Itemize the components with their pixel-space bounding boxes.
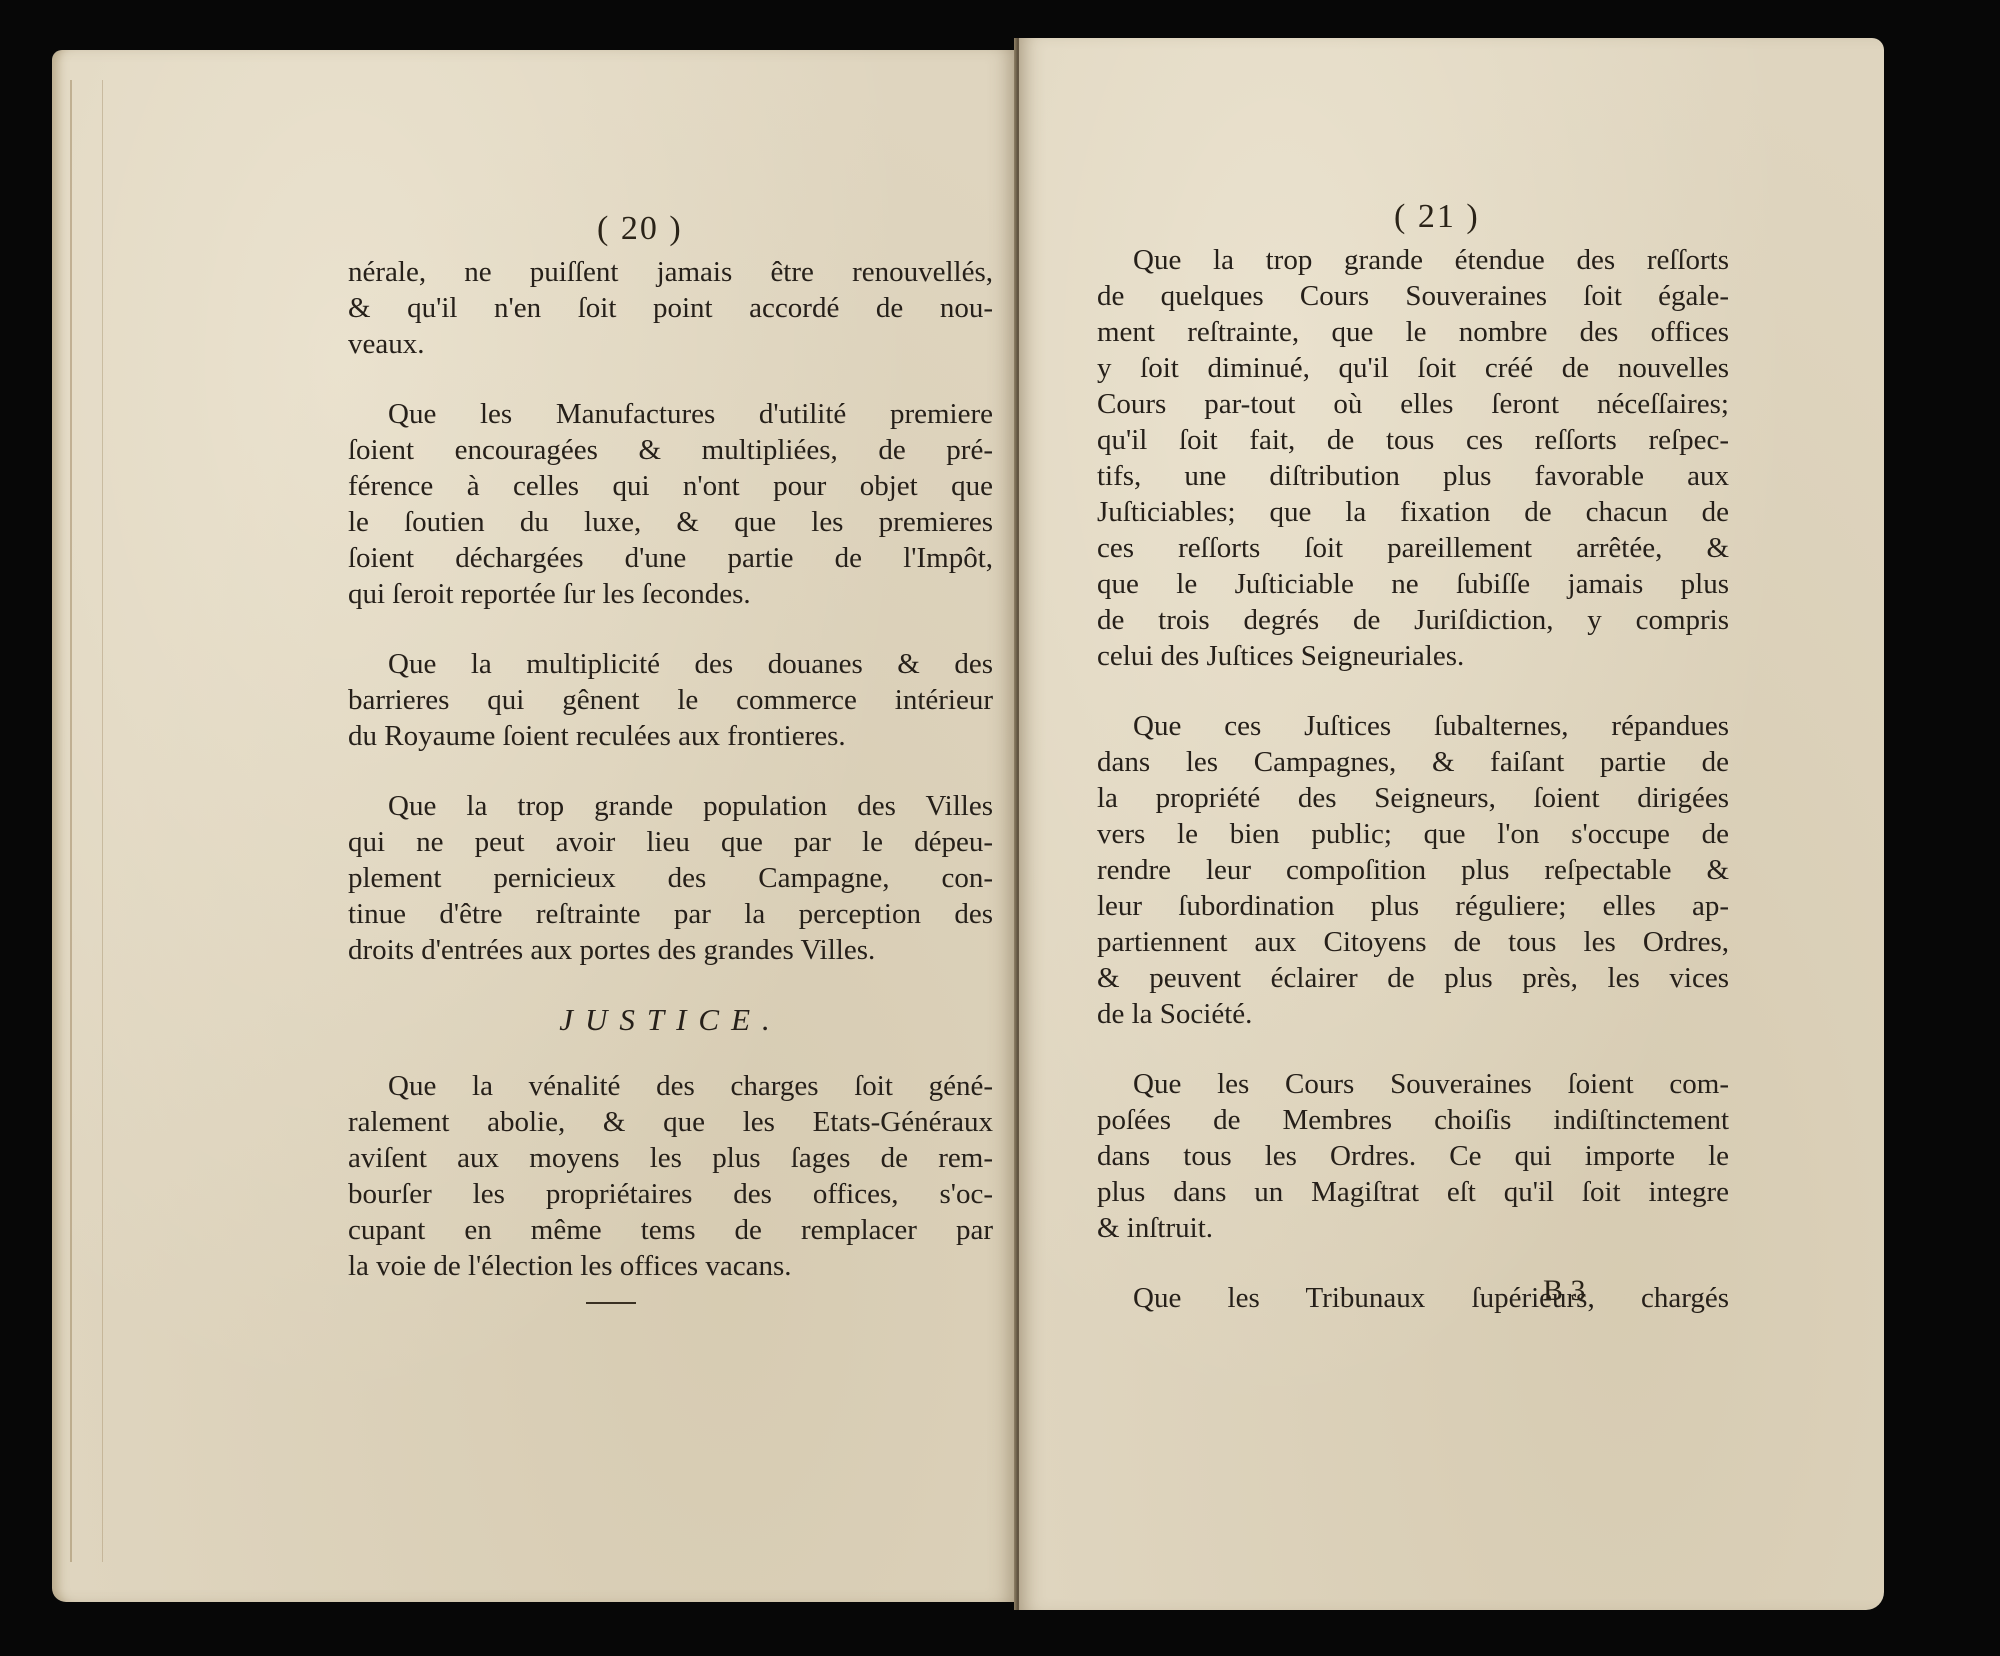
text-line: de quelques Cours Souveraines ſoit égale… bbox=[1097, 278, 1729, 314]
text-line: Cours par-tout où elles ſeront néceſſair… bbox=[1097, 386, 1729, 422]
text-line: ment reſtrainte, que le nombre des offic… bbox=[1097, 314, 1729, 350]
text-line: vers le bien public; que l'on s'occupe d… bbox=[1097, 816, 1729, 852]
text-line: qui ne peut avoir lieu que par le dépeu- bbox=[348, 824, 993, 860]
book-spread: ( 20 ) nérale, ne puiſſent jamais être r… bbox=[52, 38, 1884, 1610]
text-line: barrieres qui gênent le commerce intérie… bbox=[348, 682, 993, 718]
text-line: ces reſſorts ſoit pareillement arrêtée, … bbox=[1097, 530, 1729, 566]
page-number-left: ( 20 ) bbox=[597, 210, 683, 248]
paragraph: Que la multiplicité des douanes & des ba… bbox=[348, 646, 993, 754]
text-line: poſées de Membres choiſis indiſtinctemen… bbox=[1097, 1102, 1729, 1138]
text-line: leur ſubordination plus réguliere; elles… bbox=[1097, 888, 1729, 924]
text-line: férence à celles qui n'ont pour objet qu… bbox=[348, 468, 993, 504]
text-line: de trois degrés de Juriſdiction, y compr… bbox=[1097, 602, 1729, 638]
text-line: la propriété des Seigneurs, ſoient dirig… bbox=[1097, 780, 1729, 816]
text-line: ſoient encouragées & multipliées, de pré… bbox=[348, 432, 993, 468]
text-line: ſoient déchargées d'une partie de l'Impô… bbox=[348, 540, 993, 576]
text-line: Que les Tribunaux ſupérieurs, chargés bbox=[1097, 1280, 1729, 1316]
text-line: le ſoutien du luxe, & que les premieres bbox=[348, 504, 993, 540]
text-line: la voie de l'élection les offices vacans… bbox=[348, 1248, 993, 1284]
text-line: qui ſeroit reportée ſur les ſecondes. bbox=[348, 576, 993, 612]
left-page: ( 20 ) nérale, ne puiſſent jamais être r… bbox=[52, 50, 1017, 1602]
page-number-right: ( 21 ) bbox=[1394, 198, 1480, 236]
text-line: Que les Manufactures d'utilité premiere bbox=[348, 396, 993, 432]
right-page: ( 21 ) Que la trop grande étendue des re… bbox=[1019, 38, 1884, 1610]
paragraph: Que la vénalité des charges ſoit géné- r… bbox=[348, 1068, 993, 1284]
text-line: & inſtruit. bbox=[1097, 1210, 1729, 1246]
end-rule bbox=[586, 1302, 636, 1304]
text-line: plement pernicieux des Campagne, con- bbox=[348, 860, 993, 896]
text-line: nérale, ne puiſſent jamais être renouvel… bbox=[348, 254, 993, 290]
text-line: du Royaume ſoient reculées aux frontiere… bbox=[348, 718, 993, 754]
text-line: Que la trop grande étendue des reſſorts bbox=[1097, 242, 1729, 278]
text-line: y ſoit diminué, qu'il ſoit créé de nouve… bbox=[1097, 350, 1729, 386]
text-line: Que ces Juſtices ſubalternes, répandues bbox=[1097, 708, 1729, 744]
text-line: droits d'entrées aux portes des grandes … bbox=[348, 932, 993, 968]
paragraph: Que les Tribunaux ſupérieurs, chargés bbox=[1097, 1280, 1729, 1316]
text-line: rendre leur compoſition plus reſpectable… bbox=[1097, 852, 1729, 888]
signature-mark: B 3 bbox=[1543, 1274, 1586, 1308]
text-line: bourſer les propriétaires des offices, s… bbox=[348, 1176, 993, 1212]
paragraph: Que les Manufactures d'utilité premiere … bbox=[348, 396, 993, 612]
text-line: dans les Campagnes, & faiſant partie de bbox=[1097, 744, 1729, 780]
text-line: que le Juſticiable ne ſubiſſe jamais plu… bbox=[1097, 566, 1729, 602]
text-line: ralement abolie, & que les Etats-Générau… bbox=[348, 1104, 993, 1140]
text-line: Que la multiplicité des douanes & des bbox=[348, 646, 993, 682]
text-line: plus dans un Magiſtrat eſt qu'il ſoit in… bbox=[1097, 1174, 1729, 1210]
paragraph: Que les Cours Souveraines ſoient com- po… bbox=[1097, 1066, 1729, 1246]
text-line: cupant en même tems de remplacer par bbox=[348, 1212, 993, 1248]
paragraph: Que la trop grande population des Villes… bbox=[348, 788, 993, 968]
paragraph: Que la trop grande étendue des reſſorts … bbox=[1097, 242, 1729, 674]
text-line: aviſent aux moyens les plus ſages de rem… bbox=[348, 1140, 993, 1176]
right-page-text: Que la trop grande étendue des reſſorts … bbox=[1097, 242, 1729, 1316]
left-page-text: nérale, ne puiſſent jamais être renouvel… bbox=[348, 254, 993, 1318]
section-heading-justice: JUSTICE. bbox=[348, 1002, 993, 1038]
text-line: tinue d'être reſtrainte par la perceptio… bbox=[348, 896, 993, 932]
paragraph: Que ces Juſtices ſubalternes, répandues … bbox=[1097, 708, 1729, 1032]
text-line: Que la vénalité des charges ſoit géné- bbox=[348, 1068, 993, 1104]
text-line: celui des Juſtices Seigneuriales. bbox=[1097, 638, 1729, 674]
text-line: tifs, une diſtribution plus favorable au… bbox=[1097, 458, 1729, 494]
text-line: qu'il ſoit fait, de tous ces reſſorts re… bbox=[1097, 422, 1729, 458]
text-line: Que la trop grande population des Villes bbox=[348, 788, 993, 824]
text-line: Juſticiables; que la fixation de chacun … bbox=[1097, 494, 1729, 530]
text-line: & qu'il n'en ſoit point accordé de nou- bbox=[348, 290, 993, 326]
paragraph: nérale, ne puiſſent jamais être renouvel… bbox=[348, 254, 993, 362]
text-line: Que les Cours Souveraines ſoient com- bbox=[1097, 1066, 1729, 1102]
text-line: partiennent aux Citoyens de tous les Ord… bbox=[1097, 924, 1729, 960]
text-line: dans tous les Ordres. Ce qui importe le bbox=[1097, 1138, 1729, 1174]
text-line: veaux. bbox=[348, 326, 993, 362]
text-line: & peuvent éclairer de plus près, les vic… bbox=[1097, 960, 1729, 996]
text-line: de la Société. bbox=[1097, 996, 1729, 1032]
